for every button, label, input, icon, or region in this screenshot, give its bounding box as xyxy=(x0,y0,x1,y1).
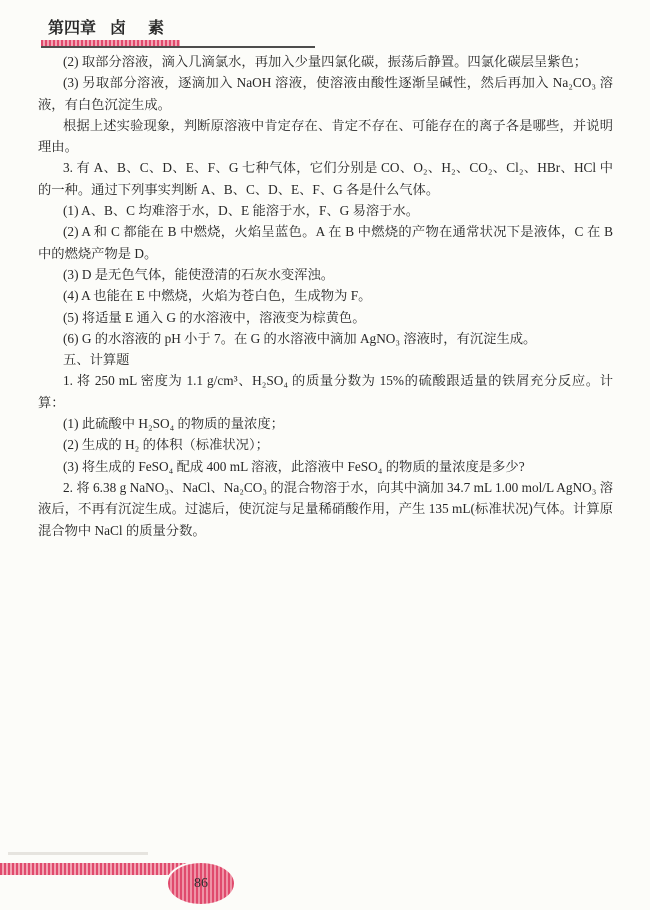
page-number-badge: 86 xyxy=(166,861,236,906)
page-number: 86 xyxy=(194,876,208,892)
paragraph: (1) A、B、C 均难溶于水，D、E 能溶于水，F、G 易溶于水。 xyxy=(38,200,613,221)
paragraph: (6) G 的水溶液的 pH 小于 7。在 G 的水溶液中滴加 AgNO₃ 溶液… xyxy=(38,328,613,349)
paragraph: 2. 将 6.38 g NaNO₃、NaCl、Na₂CO₃ 的混合物溶于水，向其… xyxy=(38,477,613,541)
paragraph: 1. 将 250 mL 密度为 1.1 g/cm³、H₂SO₄ 的质量分数为 1… xyxy=(38,370,613,413)
paragraph: 3. 有 A、B、C、D、E、F、G 七种气体，它们分别是 CO、O₂、H₂、C… xyxy=(38,157,613,200)
paragraph: (2) 取部分溶液，滴入几滴氯水，再加入少量四氯化碳，振荡后静置。四氯化碳层呈紫… xyxy=(38,51,613,72)
exercise-content: (2) 取部分溶液，滴入几滴氯水，再加入少量四氯化碳，振荡后静置。四氯化碳层呈紫… xyxy=(38,51,613,541)
paragraph: (3) D 是无色气体，能使澄清的石灰水变浑浊。 xyxy=(38,264,613,285)
paragraph: (3) 另取部分溶液，逐滴加入 NaOH 溶液，使溶液由酸性逐渐呈碱性，然后再加… xyxy=(38,72,613,115)
header-rule-line xyxy=(41,46,315,48)
textbook-page: 第四章卤素 (2) 取部分溶液，滴入几滴氯水，再加入少量四氯化碳，振荡后静置。四… xyxy=(0,0,650,910)
page-header: 第四章卤素 xyxy=(48,15,186,38)
scan-shadow-artifact xyxy=(8,852,148,855)
paragraph: (3) 将生成的 FeSO₄ 配成 400 mL 溶液，此溶液中 FeSO₄ 的… xyxy=(38,456,613,477)
paragraph: 根据上述实验现象，判断原溶液中肯定存在、肯定不存在、可能存在的离子各是哪些，并说… xyxy=(38,115,613,158)
chapter-title: 卤素 xyxy=(110,20,186,37)
paragraph: (4) A 也能在 E 中燃烧，火焰为苍白色，生成物为 F。 xyxy=(38,285,613,306)
paragraph: (2) A 和 C 都能在 B 中燃烧，火焰呈蓝色。A 在 B 中燃烧的产物在通… xyxy=(38,221,613,264)
chapter-label: 第四章 xyxy=(48,20,96,37)
paragraph: 五、计算题 xyxy=(38,349,613,370)
paragraph: (2) 生成的 H₂ 的体积（标准状况）； xyxy=(38,434,613,455)
paragraph: (5) 将适量 E 通入 G 的水溶液中，溶液变为棕黄色。 xyxy=(38,307,613,328)
paragraph: (1) 此硫酸中 H₂SO₄ 的物质的量浓度； xyxy=(38,413,613,434)
